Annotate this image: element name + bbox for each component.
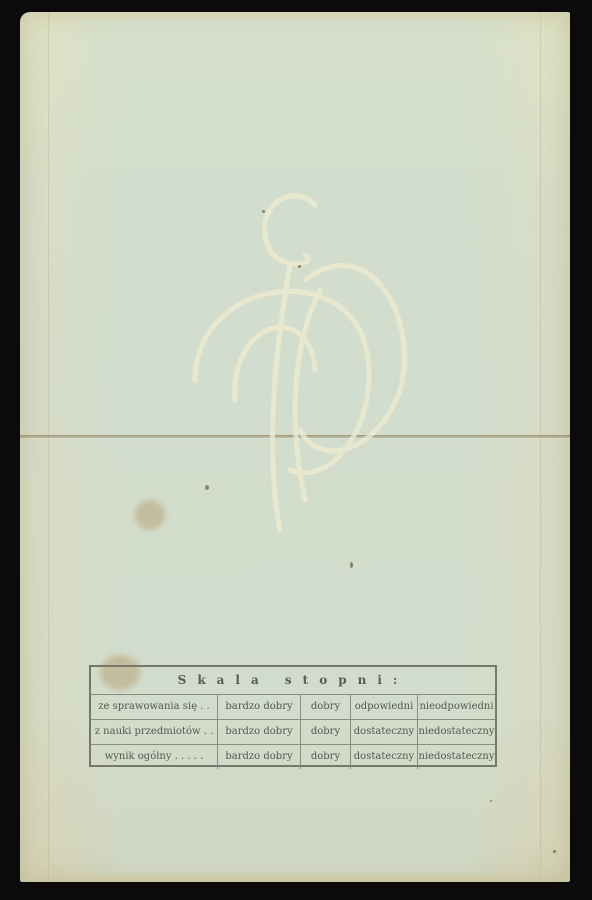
row-category: wynik ogólny . . . . . xyxy=(91,745,218,769)
spot xyxy=(262,210,265,213)
grade-cell: niedostateczny xyxy=(418,745,495,769)
spot xyxy=(350,562,353,568)
table-row: z nauki przedmiotów . . bardzo dobry dob… xyxy=(91,720,495,745)
table-title: Skala stopni: xyxy=(91,667,495,695)
spot xyxy=(298,265,301,268)
table-row: ze sprawowania się . . bardzo dobry dobr… xyxy=(91,695,495,720)
grade-cell: niedostateczny xyxy=(418,720,495,744)
grade-cell: nieodpowiedni xyxy=(418,695,495,719)
grade-cell: odpowiedni xyxy=(351,695,418,719)
grade-cell: bardzo dobry xyxy=(218,720,301,744)
row-category: ze sprawowania się . . xyxy=(91,695,218,719)
grade-cell: dostateczny xyxy=(351,720,418,744)
spot xyxy=(205,485,209,490)
paper-crease xyxy=(540,12,541,882)
grade-cell: dobry xyxy=(301,695,351,719)
stain xyxy=(135,500,165,530)
grade-cell: dobry xyxy=(301,720,351,744)
paper-crease xyxy=(48,12,49,882)
grade-cell: dobry xyxy=(301,745,351,769)
grade-cell: dostateczny xyxy=(351,745,418,769)
grade-cell: bardzo dobry xyxy=(218,695,301,719)
table-row: wynik ogólny . . . . . bardzo dobry dobr… xyxy=(91,745,495,769)
monogram-watermark-icon xyxy=(170,170,450,570)
spot xyxy=(553,850,556,853)
spot xyxy=(490,800,492,802)
grade-scale-table: Skala stopni: ze sprawowania się . . bar… xyxy=(89,665,497,767)
row-category: z nauki przedmiotów . . xyxy=(91,720,218,744)
grade-cell: bardzo dobry xyxy=(218,745,301,769)
